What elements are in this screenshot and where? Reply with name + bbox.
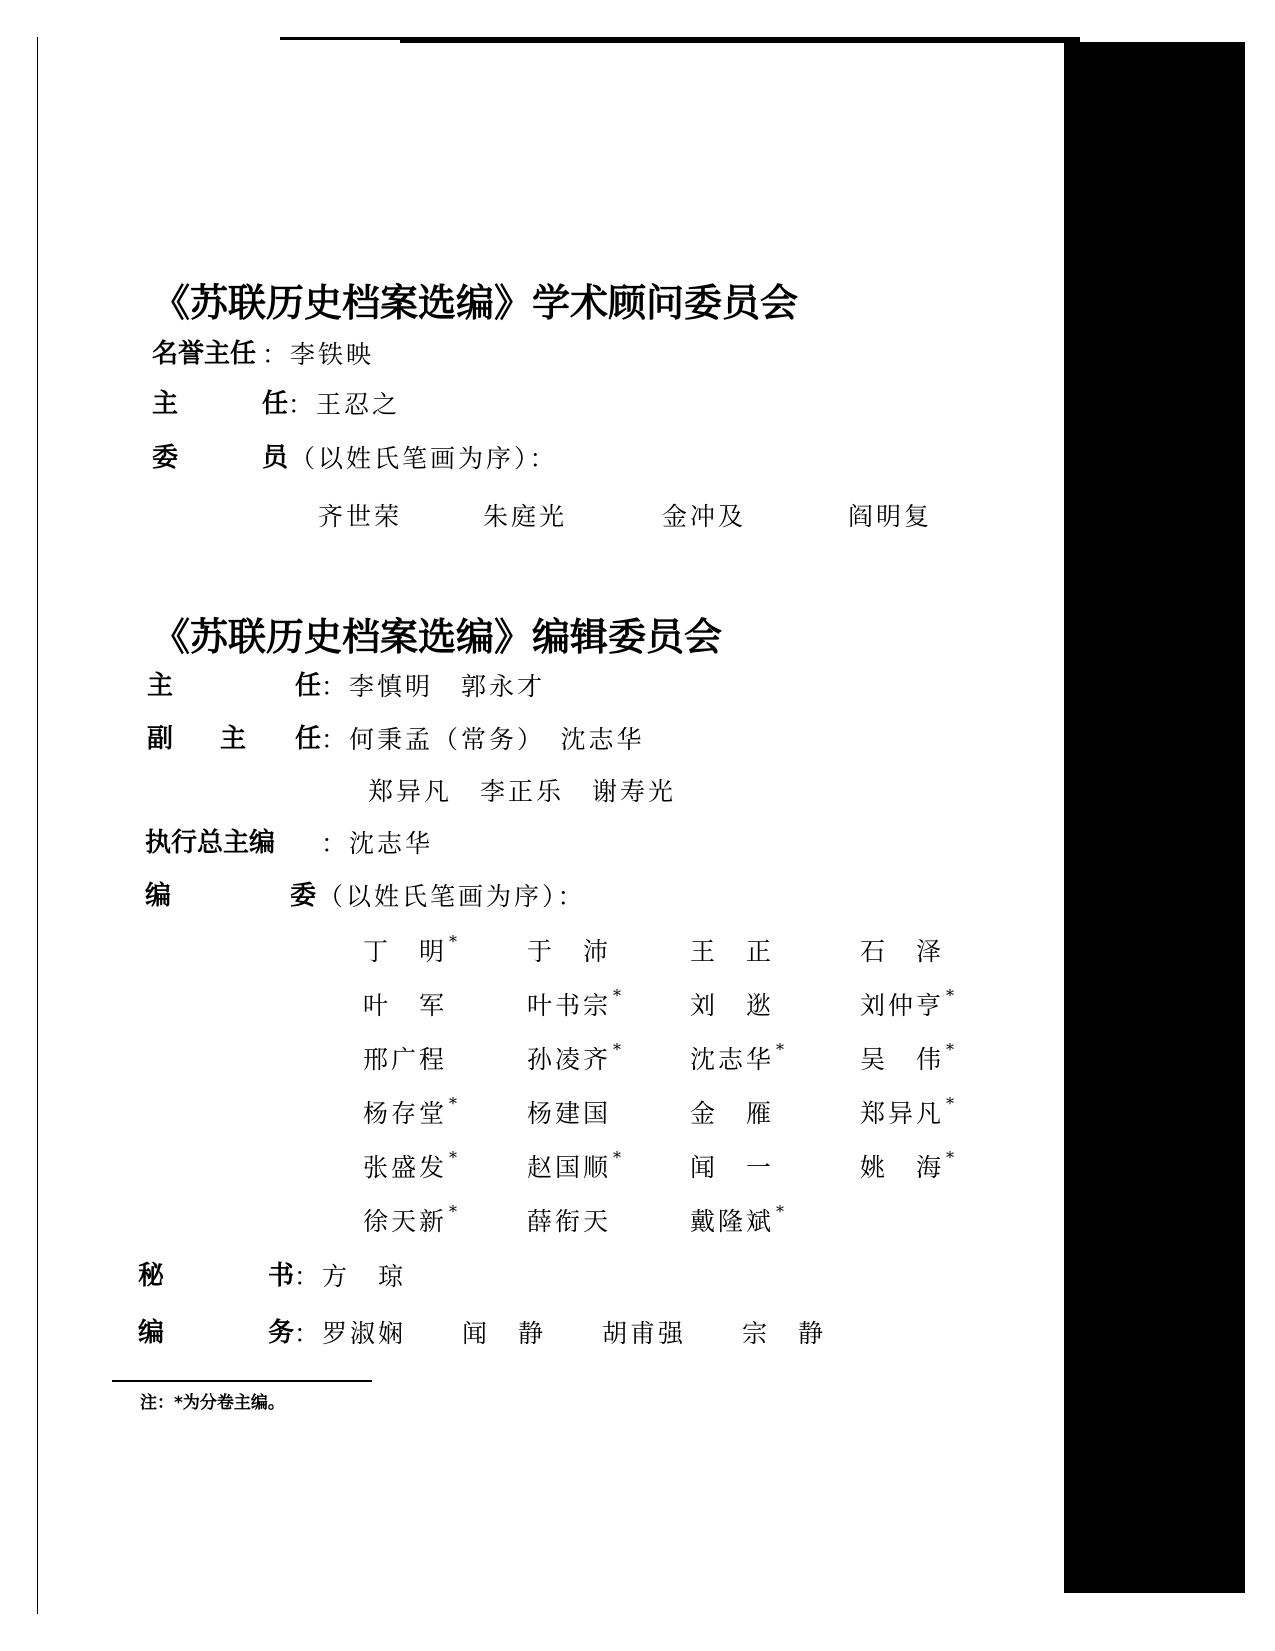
board-member: 刘仲亨* <box>860 986 957 1022</box>
vice-chairs-row-1: ：何秉孟（常务） 沈志华 <box>321 720 645 756</box>
exec-editor-value: ：沈志华 <box>321 824 433 860</box>
vice-chair-label-3: 任 <box>295 718 321 755</box>
board-note: （以姓氏笔画为序）： <box>318 877 586 913</box>
advisory-member: 阎明复 <box>848 497 932 533</box>
exec-editor-label: 执行总主编 <box>145 822 275 859</box>
advisory-chair-label-2: 任 <box>262 383 288 420</box>
advisory-member: 金冲及 <box>662 497 746 533</box>
advisory-chair-label-1: 主 <box>152 383 178 420</box>
staff-value: ：罗淑娴 闻 静 胡甫强 宗 静 <box>294 1314 826 1350</box>
board-member: 闻 一 <box>690 1148 776 1184</box>
board-member: 于 沛 <box>527 932 613 968</box>
board-member: 戴隆斌* <box>690 1202 787 1238</box>
advisory-member: 齐世荣 <box>318 497 402 533</box>
editorial-chairs: ：李慎明 郭永才 <box>321 667 545 703</box>
advisory-chair-value: ：王忍之 <box>288 385 400 421</box>
board-member: 沈志华* <box>690 1040 787 1076</box>
board-member: 薛衔天 <box>527 1202 613 1238</box>
board-member: 石 泽 <box>860 932 946 968</box>
honorary-chair-label: 名誉主任 <box>152 333 256 370</box>
board-member: 丁 明* <box>363 932 460 968</box>
staff-label-1: 编 <box>138 1312 164 1349</box>
footnote: 注：*为分卷主编。 <box>140 1388 285 1413</box>
board-member: 郑异凡* <box>860 1094 957 1130</box>
board-member: 金 雁 <box>690 1094 776 1130</box>
secretary-label-2: 书 <box>268 1255 294 1292</box>
advisory-member: 朱庭光 <box>483 497 567 533</box>
scan-dark-margin <box>1064 42 1245 1593</box>
board-member: 孙凌齐* <box>527 1040 624 1076</box>
advisory-members-note: （以姓氏笔画为序）： <box>290 439 558 475</box>
board-member: 叶 军 <box>363 986 449 1022</box>
board-label-2: 委 <box>290 875 316 912</box>
board-member: 杨存堂* <box>363 1094 460 1130</box>
board-member: 姚 海* <box>860 1148 957 1184</box>
secretary-value: ：方 琼 <box>294 1257 406 1293</box>
honorary-chair-value: ：李铁映 <box>262 335 374 371</box>
page-edge-line <box>37 37 38 1614</box>
footnote-rule <box>112 1380 372 1382</box>
scan-top-edge-shadow <box>400 40 1080 43</box>
board-member: 徐天新* <box>363 1202 460 1238</box>
advisory-members-label-2: 员 <box>262 437 288 474</box>
board-member: 叶书宗* <box>527 986 624 1022</box>
editorial-committee-title: 《苏联历史档案选编》编辑委员会 <box>152 606 722 661</box>
secretary-label-1: 秘 <box>138 1255 164 1292</box>
staff-label-2: 务 <box>268 1312 294 1349</box>
editorial-chair-label-2: 任 <box>295 665 321 702</box>
board-member: 张盛发* <box>363 1148 460 1184</box>
advisory-committee-title: 《苏联历史档案选编》学术顾问委员会 <box>152 272 798 327</box>
board-member: 赵国顺* <box>527 1148 624 1184</box>
vice-chair-label-2: 主 <box>220 718 246 755</box>
vice-chairs-row-2: 郑异凡 李正乐 谢寿光 <box>368 772 676 808</box>
board-member: 杨建国 <box>527 1094 613 1130</box>
board-member: 邢广程 <box>363 1040 449 1076</box>
board-member: 王 正 <box>690 932 776 968</box>
advisory-members-label-1: 委 <box>152 437 178 474</box>
vice-chair-label-1: 副 <box>147 718 173 755</box>
editorial-chair-label-1: 主 <box>147 665 173 702</box>
board-label-1: 编 <box>145 875 171 912</box>
board-member: 吴 伟* <box>860 1040 957 1076</box>
board-member: 刘 逖 <box>690 986 776 1022</box>
